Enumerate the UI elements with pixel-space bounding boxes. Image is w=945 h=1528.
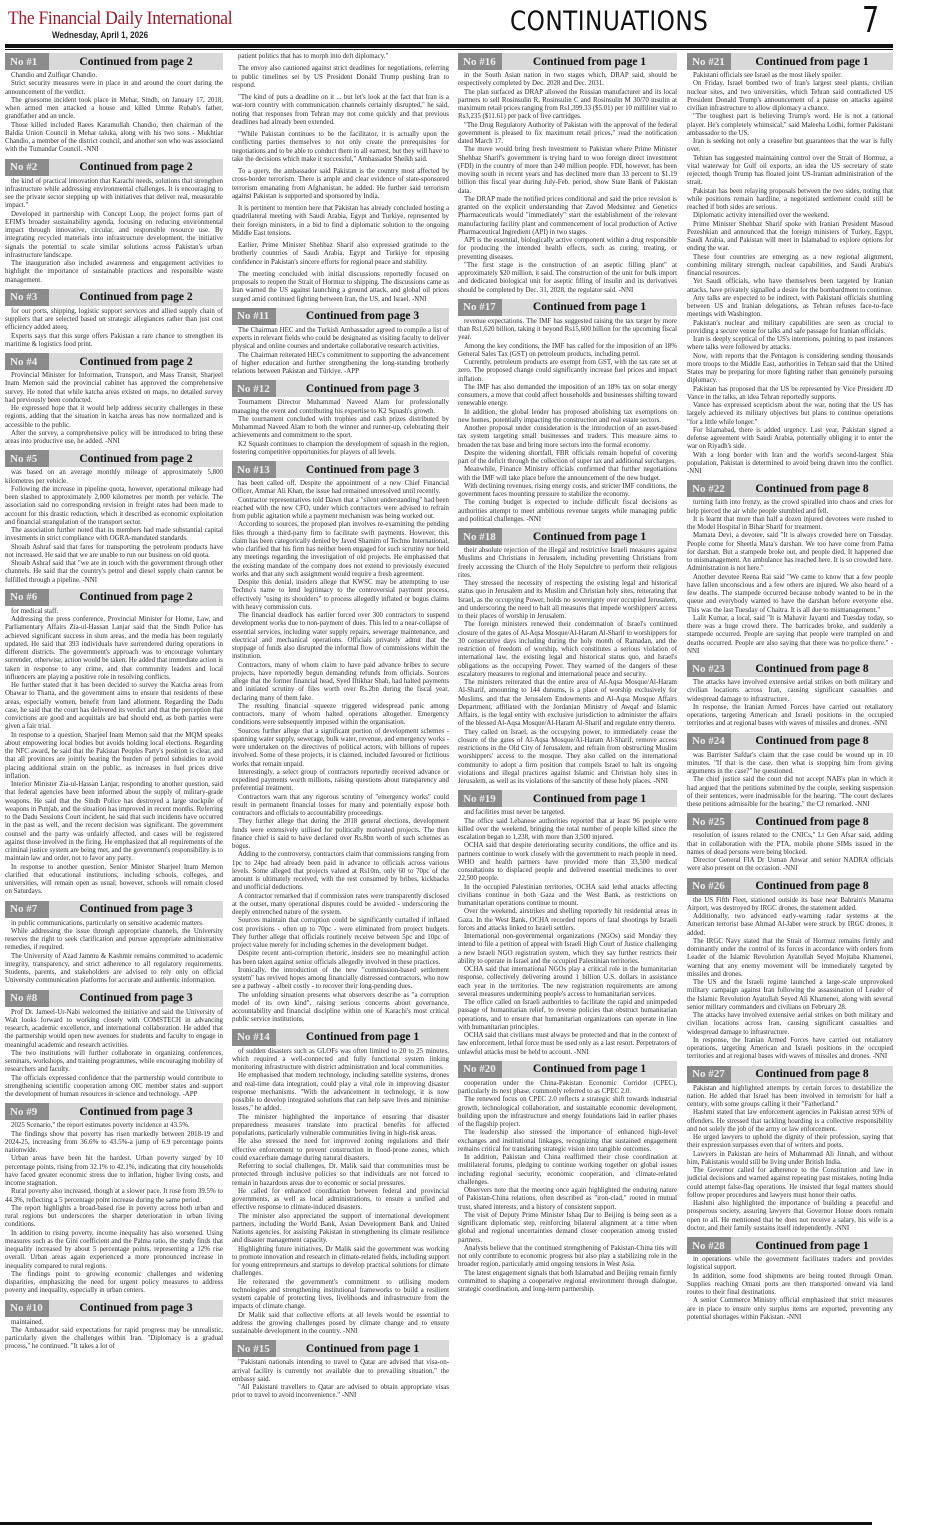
paragraph: The two institutions will further collab… [5,1050,223,1075]
story-header: No #20Continued from page 1 [458,1061,677,1078]
column-4: No #21Continued from page 1Pakistani off… [687,53,893,1519]
story-header: No #12Continued from page 3 [232,380,449,397]
paragraph: Over the weekend, airstrikes and shellin… [458,908,677,933]
paragraph: has been called off. Despite the appoint… [232,480,449,497]
paragraph: These four countries are emerging as a n… [687,254,893,279]
paragraph: Following the increase in pipeline quota… [5,486,223,527]
story-continuation: No #9Continued from page 32025 Scenario,… [5,1103,223,1295]
continued-from-label: Continued from page 8 [731,1068,893,1080]
column-3: No #16Continued from page 1in the South … [458,53,677,1519]
paragraph: Tournament Director Muhammad Naveed Alam… [232,399,449,416]
paragraph: With declining revenues, rising energy c… [458,483,677,500]
paragraph: He urged lawyers to uphold the dignity o… [687,1134,893,1151]
paragraph: Observers note that the meeting once aga… [458,1187,677,1212]
paragraph: "The toughest part is believing Trump's … [687,113,893,138]
story-body: 2025 Scenario," the report estimates pov… [5,1122,223,1295]
paragraph: Despite the widening shortfall, FBR offi… [458,450,677,467]
story-header: No #4Continued from page 2 [5,353,223,370]
paragraph: It is pertinent to mention here that Pak… [232,205,449,238]
story-header: No #27Continued from page 8 [687,1066,893,1083]
paragraph: and facilities must never be targeted. [458,809,677,817]
story-number-badge: No #5 [5,450,49,467]
story-continuation: No #3Continued from page 2for our ports,… [5,289,223,349]
story-number-badge: No #13 [232,461,276,478]
story-continuation: No #19Continued from page 1and facilitie… [458,790,677,1057]
story-body: turning faith into frenzy, as the crowd … [687,499,893,656]
story-continuation: No #18Continued from page 1their absolut… [458,528,677,786]
story-body: The attacks have involved extensive aeri… [687,679,893,729]
masthead: The Financial Daily International Wednes… [0,0,945,44]
story-continuation: No #17Continued from page 1revenue expec… [458,299,677,524]
story-body: revenue expectations. The IMF has sugges… [458,318,677,524]
story-header: No #28Continued from page 1 [687,1237,893,1254]
paragraph: the US Fifth Fleet, stationed outside it… [687,897,893,914]
paragraph: Shoaib Ashraf said that "we are in touch… [5,560,223,585]
paragraph: The ministers reiterated that the entire… [458,679,677,729]
paragraph: Ironically, the introduction of the new … [232,967,449,992]
continued-from-label: Continued from page 8 [731,735,893,747]
story-number-badge: No #2 [5,159,49,176]
paragraph: Addressing the press conference, Provinc… [5,616,223,682]
continued-from-label: Continued from page 3 [49,903,223,915]
story-body: in public communications, particularly o… [5,920,223,986]
story-header: No #22Continued from page 8 [687,480,893,497]
paragraph: He further stated that it has been decid… [5,682,223,732]
story-number-badge: No #12 [232,380,276,397]
story-header: No #24Continued from page 8 [687,733,893,750]
continued-from-label: Continued from page 2 [49,356,223,368]
paragraph: He called for enhanced coordination betw… [232,1188,449,1213]
paragraph: turning faith into frenzy, as the crowd … [687,499,893,516]
story-header: No #10Continued from page 3 [5,1300,223,1317]
section-title: CONTINUATIONS [510,6,708,37]
story-number-badge: No #15 [232,1340,276,1357]
story-continuation: No #25Continued from page 8resolution of… [687,813,893,873]
paragraph: Diplomatic activity intensified over the… [687,212,893,220]
story-continuation: No #12Continued from page 3Tournament Di… [232,380,449,457]
continued-from-label: Continued from page 3 [49,992,223,1004]
story-body: Prof Dr. Jameel-Ur-Nabi welcomed the ini… [5,1009,223,1100]
paragraph: Additionally, two advanced early-warning… [687,913,893,938]
story-header: No #14Continued from page 1 [232,1029,449,1046]
paragraph: In response to another question, Senior … [5,864,223,897]
paragraph: A contractor remarked that if commission… [232,893,449,918]
masthead-rule-thin [5,49,893,50]
paragraph: A senior Commerce Ministry official emph… [687,1297,893,1322]
paragraph: Despite recent anti-corruption rhetoric,… [232,950,449,967]
story-body: maintained.The Ambassador said expectati… [5,1319,223,1352]
paragraph: Those killed included Raees Karamullah C… [5,122,223,155]
paragraph: It is learnt that more than half a dozen… [687,516,893,533]
continued-from-label: Continued from page 1 [502,1063,677,1075]
paragraph: According to sources, the proposed plan … [232,521,449,579]
story-number-badge: No #17 [458,299,502,316]
paragraph: The renewed focus on CPEC 2.0 reflects a… [458,1096,677,1129]
story-body: resolution of issues related to the CNIC… [687,832,893,873]
paragraph: Despite this denial, insiders allege tha… [232,579,449,612]
paragraph: The foreign ministers renewed their cond… [458,621,677,679]
story-number-badge: No #19 [458,790,502,807]
story-continuation: No #5Continued from page 2was based on a… [5,450,223,585]
paragraph: Pakistan and highlighted attempts by cer… [687,1085,893,1110]
paragraph: On Friday, Israel bombed two of Iran's l… [687,80,893,113]
paragraph: resolution of issues related to the CNIC… [687,832,893,857]
story-body: Pakistani officials see Israel as the mo… [687,72,893,476]
paragraph: The Ambassador said expectations for rap… [5,1327,223,1352]
paragraph: Hashmi also highlighted the importance o… [687,1200,893,1233]
masthead-rule-thick [5,44,893,48]
continued-from-label: Continued from page 8 [731,483,893,495]
paragraph: The report highlights a broad-based rise… [5,1205,223,1230]
paragraph: their absolute rejection of the illegal … [458,547,677,580]
paragraph: The minister highlighted the importance … [232,1114,449,1139]
story-body: Provincial Minister for Information, Tra… [5,372,223,446]
paragraph: He emphasised that modern technology, in… [232,1072,449,1113]
columns-container: No #1Continued from page 2Chandio and Zu… [5,53,893,1519]
paragraph: Prime Minister Shehbaz Sharif spoke with… [687,221,893,254]
story-continuation: No #1Continued from page 2Chandio and Zu… [5,53,223,155]
paragraph: K2 Squash continues to champion the deve… [232,441,449,458]
paragraph: The meeting concluded with initial discu… [232,271,449,304]
paragraph: maintained. [5,1319,223,1327]
paragraph: The move would bring fresh investment to… [458,146,677,196]
page-number: 7 [862,0,879,41]
paragraph: The unfolding situation presents what ob… [232,992,449,1025]
paragraph: API is the essential, biologically activ… [458,237,677,262]
continued-from-label: Continued from page 2 [49,56,223,68]
continued-from-label: Continued from page 1 [276,1343,449,1355]
paragraph: The IMF has also demanded the imposition… [458,384,677,409]
paragraph: "The kind of puts a deadline on it ... b… [232,94,449,127]
story-header: No #2Continued from page 2 [5,159,223,176]
paragraph: Urban areas have been hit the hardest. U… [5,1155,223,1188]
story-body: their absolute rejection of the illegal … [458,547,677,786]
paragraph: for our ports, shipping, logistic suppor… [5,308,223,333]
paragraph: The attacks have involved extensive aeri… [687,679,893,704]
paragraph: The officials expressed confidence that … [5,1075,223,1100]
story-number-badge: No #26 [687,878,731,895]
paragraph: To a query, the ambassador said Pakistan… [232,168,449,201]
column-1: No #1Continued from page 2Chandio and Zu… [5,53,223,1519]
continued-from-label: Continued from page 3 [276,383,449,395]
story-body: Tournament Director Muhammad Naveed Alam… [232,399,449,457]
paragraph: In addition, the global lender has propo… [458,409,677,426]
paragraph: Experts says that this surge offers Paki… [5,333,223,350]
story-number-badge: No #24 [687,733,731,750]
story-body: the kind of practical innovation that Ka… [5,178,223,285]
paragraph: Another devotee Reena Rai said "We came … [687,574,893,615]
paragraph: Referring to social challenges, Dr. Mali… [232,1163,449,1188]
paragraph: Among the key conditions, the IMF has ca… [458,343,677,360]
story-body: in operations while the government facil… [687,1256,893,1322]
continued-from-label: Continued from page 1 [502,793,677,805]
story-number-badge: No #4 [5,353,49,370]
paragraph: revenue expectations. The IMF has sugges… [458,318,677,343]
story-continuation: No #10Continued from page 3maintained.Th… [5,1300,223,1352]
paragraph: Currently, petroleum products are exempt… [458,359,677,384]
paragraph: The coming budget is expected to include… [458,499,677,524]
paragraph: He reiterated the government's commitmen… [232,1279,449,1312]
continued-from-label: Continued from page 3 [49,1302,223,1314]
story-number-badge: No #10 [5,1300,49,1317]
story-number-badge: No #9 [5,1103,49,1120]
story-number-badge: No #11 [232,308,276,325]
paragraph: "The Drug Regulatory Authority of Pakist… [458,122,677,147]
paragraph: In addition, some food shipments are bei… [687,1273,893,1298]
paragraph: The leadership also stressed the importa… [458,1129,677,1154]
paragraph: The envoy also cautioned against strict … [232,65,449,90]
paragraph: OCHA said that despite deteriorating sec… [458,842,677,883]
story-header: No #16Continued from page 1 [458,53,677,70]
story-body: Chandio and Zulfiqar Chandio.Strict secu… [5,72,223,155]
paragraph: The University of Azad Jammu & Kashmir r… [5,953,223,986]
story-continuation: No #22Continued from page 8turning faith… [687,480,893,656]
paragraph: Shoaib Ashraf said that fares for transp… [5,544,223,561]
paragraph: "Pakistani nationals intending to travel… [232,1359,449,1384]
story-body: has been called off. Despite the appoint… [232,480,449,1025]
paragraph: Pakistan has proposed that the US be rep… [687,386,893,403]
story-header: No #18Continued from page 1 [458,528,677,545]
story-body: and facilities must never be targeted.Th… [458,809,677,1057]
continued-from-label: Continued from page 2 [49,291,223,303]
continued-from-label: Continued from page 2 [49,591,223,603]
paragraph: Contractors, many of whom claim to have … [232,662,449,703]
story-continuation: No #13Continued from page 3has been call… [232,461,449,1025]
story-header: No #7Continued from page 3 [5,901,223,918]
story-number-badge: No #20 [458,1061,502,1078]
footer-rule [0,1522,872,1525]
paragraph: The US and the Israeli regime launched a… [687,979,893,1012]
story-continuation: No #15Continued from page 1"Pakistani na… [232,1340,449,1400]
paragraph: the kind of practical innovation that Ka… [5,178,223,211]
paragraph: Pakistan has been relaying proposals bet… [687,188,893,213]
paragraph: While addressing the issue through appro… [5,928,223,953]
story-continuation: No #23Continued from page 8The attacks h… [687,660,893,729]
story-continuation: No #6Continued from page 2for medical st… [5,589,223,897]
story-continuation: No #27Continued from page 8Pakistan and … [687,1066,893,1234]
paragraph: Iran is seeking not only a ceasefire but… [687,138,893,155]
story-header: No #8Continued from page 3 [5,990,223,1007]
paragraph: In response to a question, Sharjeel Inam… [5,732,223,782]
paragraph: OCHA said that civilians must always be … [458,1032,677,1057]
story-header: No #9Continued from page 3 [5,1103,223,1120]
paragraph: Lalit Kumar, a local, said "It is Mahavi… [687,615,893,656]
story-body: "Pakistani nationals intending to travel… [232,1359,449,1400]
story-number-badge: No #22 [687,480,731,497]
paragraph: The office said Lebanese authorities rep… [458,818,677,843]
paragraph: Now, with reports that the Pentagon is c… [687,353,893,386]
paragraph: Vance has expressed scepticism about the… [687,402,893,427]
paragraph: In addition to rising poverty, income in… [5,1230,223,1271]
paragraph: for medical staff. [5,608,223,616]
paragraph: The findings show that poverty has risen… [5,1131,223,1156]
paragraph: in operations while the government facil… [687,1256,893,1273]
paragraph: Meanwhile, Finance Ministry officials co… [458,466,677,483]
continued-from-label: Continued from page 8 [731,880,893,892]
paragraph: Tehran has suggested maintaining control… [687,155,893,188]
paragraph: 2025 Scenario," the report estimates pov… [5,1122,223,1130]
paragraph: The IRGC Navy stated that the Strait of … [687,938,893,979]
continued-from-label: Continued from page 3 [49,1106,223,1118]
story-continuation: No #28Continued from page 1in operations… [687,1237,893,1322]
paragraph: The gruesome incident took place in Meha… [5,97,223,122]
paragraph: The plan surfaced as DRAP allowed the Ru… [458,89,677,122]
story-header: No #15Continued from page 1 [232,1340,449,1357]
continued-from-label: Continued from page 8 [731,816,893,828]
story-body: The Chairman HEC and the Turkish Ambassa… [232,327,449,377]
paragraph: Pakistani officials see Israel as the mo… [687,72,893,80]
story-header: No #3Continued from page 2 [5,289,223,306]
continued-from-label: Continued from page 2 [49,453,223,465]
paragraph: The visit of Deputy Prime Minister Ishaq… [458,1212,677,1245]
story-body: was based on an average monthly mileage … [5,469,223,585]
story-continuation: No #21Continued from page 1Pakistani off… [687,53,893,476]
paragraph: Adding to the controversy, contractors c… [232,851,449,892]
story-header: No #17Continued from page 1 [458,299,677,316]
story-header: No #19Continued from page 1 [458,790,677,807]
story-number-badge: No #25 [687,813,731,830]
paragraph: They called on Israel, as the occupying … [458,729,677,787]
paragraph: OCHA said that international NGOs play a… [458,966,677,999]
story-number-badge: No #21 [687,53,731,70]
paragraph: The Governor called for adherence to the… [687,1167,893,1200]
paragraph: The Chairman HEC and the Turkish Ambassa… [232,327,449,352]
paper-name: The Financial Daily International [8,8,232,30]
paragraph: Director General FIA Dr Usman Anwar and … [687,857,893,874]
paragraph: "All Pakistani travellers to Qatar are a… [232,1384,449,1401]
paragraph: Sources further allege that a significan… [232,728,449,769]
paragraph: Highlighting future initiatives, Dr Mali… [232,1246,449,1279]
column-2: patient politics that has to morph into … [232,53,449,1519]
continued-from-label: Continued from page 3 [276,464,449,476]
story-number-badge: No #1 [5,53,49,70]
continued-from-label: Continued from page 1 [731,56,893,68]
paragraph: The financial deadlock has earlier force… [232,612,449,662]
continued-from-label: Continued from page 1 [502,531,677,543]
paragraph: The chief justice said the court did not… [687,776,893,809]
continued-from-label: Continued from page 3 [276,310,449,322]
paragraph: Mamata Devi, a devotee, said "It is alwa… [687,532,893,573]
paragraph: Dr Malik said that collective efforts at… [232,1312,449,1337]
story-body: the US Fifth Fleet, stationed outside it… [687,897,893,1062]
paragraph: in the South Asian nation in two stages … [458,72,677,89]
story-continuation: No #7Continued from page 3in public comm… [5,901,223,986]
story-continuation: No #26Continued from page 8the US Fifth … [687,878,893,1062]
paragraph: International non-governmental organizat… [458,933,677,966]
paragraph: Contractors warn that any rigorous scrut… [232,794,449,819]
paragraph: was Barrister Safdar's claim that the ca… [687,752,893,777]
paragraph: He also stressed the need for improved z… [232,1138,449,1163]
paragraph: Another proposal under consideration is … [458,425,677,450]
paragraph: They stressed the necessity of respectin… [458,580,677,621]
story-body: for medical staff.Addressing the press c… [5,608,223,897]
paragraph: The minister also appreciated the suppor… [232,1213,449,1246]
story-continuation: No #14Continued from page 1of sudden dis… [232,1029,449,1337]
paragraph: Interior Minister Zia-ul-Hassan Lanjar, … [5,781,223,864]
paragraph: Lawyers in Pakistan are heirs of Muhamma… [687,1151,893,1168]
paragraph: Developed in partnership with Concept Lo… [5,211,223,261]
story-number-badge: No #14 [232,1029,276,1046]
story-header: No #26Continued from page 8 [687,878,893,895]
story-body: cooperation under the China-Pakistan Eco… [458,1080,677,1295]
paragraph: In response, the Iranian Armed Forces ha… [687,1037,893,1062]
paragraph: The association further noted that its m… [5,527,223,544]
story-header: No #1Continued from page 2 [5,53,223,70]
paragraph: "The first stage is the construction of … [458,262,677,295]
paragraph: The tournament concluded with trophies a… [232,416,449,441]
paragraph: Interestingly, a select group of contrac… [232,769,449,794]
paragraph: "While Pakistan continues to be the faci… [232,131,449,164]
paragraph: In the occupied Palestinian territories,… [458,884,677,909]
paragraph: Sources maintain that corruption could b… [232,917,449,950]
paragraph: Strict security measures were in place i… [5,80,223,97]
paragraph: Analysts believe that the continued stre… [458,1245,677,1270]
story-continuation: No #11Continued from page 3The Chairman … [232,308,449,377]
story-header: No #25Continued from page 8 [687,813,893,830]
paragraph: Hashmi stated that law enforcement agenc… [687,1109,893,1134]
story-number-badge: No #27 [687,1066,731,1083]
story-header: No #23Continued from page 8 [687,660,893,677]
paragraph: cooperation under the China-Pakistan Eco… [458,1080,677,1097]
paragraph: The findings point to growing economic c… [5,1271,223,1296]
paragraph: Prof Dr. Jameel-Ur-Nabi welcomed the ini… [5,1009,223,1050]
story-body: Pakistan and highlighted attempts by cer… [687,1085,893,1234]
story-continuation: No #24Continued from page 8was Barrister… [687,733,893,810]
story-body: in the South Asian nation in two stages … [458,72,677,295]
story-number-badge: No #18 [458,528,502,545]
story-header: No #6Continued from page 2 [5,589,223,606]
paragraph: The latest engagement signals that both … [458,1270,677,1295]
paragraph: Any talks are expected to be indirect, w… [687,295,893,320]
story-body: for our ports, shipping, logistic suppor… [5,308,223,349]
story-number-badge: No #3 [5,289,49,306]
continued-from-label: Continued from page 8 [731,663,893,675]
story-continuation: No #4Continued from page 2Provincial Min… [5,353,223,446]
story-body: of sudden disasters such as GLOFs was of… [232,1048,449,1337]
story-number-badge: No #8 [5,990,49,1007]
continued-from-label: Continued from page 1 [731,1240,893,1252]
paragraph: Contractor representatives told Dawn tha… [232,497,449,522]
story-continuation: No #20Continued from page 1cooperation u… [458,1061,677,1295]
story-number-badge: No #16 [458,53,502,70]
paragraph: The attacks have involved extensive aeri… [687,1012,893,1037]
paragraph: In addition, Pakistan and China reaffirm… [458,1154,677,1187]
paragraph: Earlier, Prime Minister Shehbaz Sharif a… [232,242,449,267]
story-number-badge: No #7 [5,901,49,918]
paragraph: patient politics that has to morph into … [232,53,449,61]
paragraph: He expressed hope that it would help add… [5,405,223,430]
paragraph: After the survey, a comprehensive policy… [5,430,223,447]
publication-date: Wednesday, April 1, 2026 [52,30,148,40]
story-continuation: No #2Continued from page 2the kind of pr… [5,159,223,285]
paragraph: They further allege that during the 2018… [232,818,449,851]
continued-from-label: Continued from page 1 [276,1031,449,1043]
story-number-badge: No #28 [687,1237,731,1254]
paragraph: The inauguration also included awareness… [5,260,223,285]
paragraph: With a long border with Iran and the wor… [687,452,893,477]
paragraph: Chandio and Zulfiqar Chandio. [5,72,223,80]
story-number-badge: No #23 [687,660,731,677]
paragraph: The DRAP made the notified prices condit… [458,196,677,237]
continued-from-label: Continued from page 2 [49,161,223,173]
continued-from-label: Continued from page 1 [502,56,677,68]
paragraph: In response, the Iranian Armed Forces ha… [687,704,893,729]
paragraph: The office called on Israeli authorities… [458,999,677,1032]
story-header: No #21Continued from page 1 [687,53,893,70]
paragraph: The resulting financial squeeze triggere… [232,703,449,728]
story-continuation: No #8Continued from page 3Prof Dr. Jamee… [5,990,223,1100]
story-header: No #5Continued from page 2 [5,450,223,467]
